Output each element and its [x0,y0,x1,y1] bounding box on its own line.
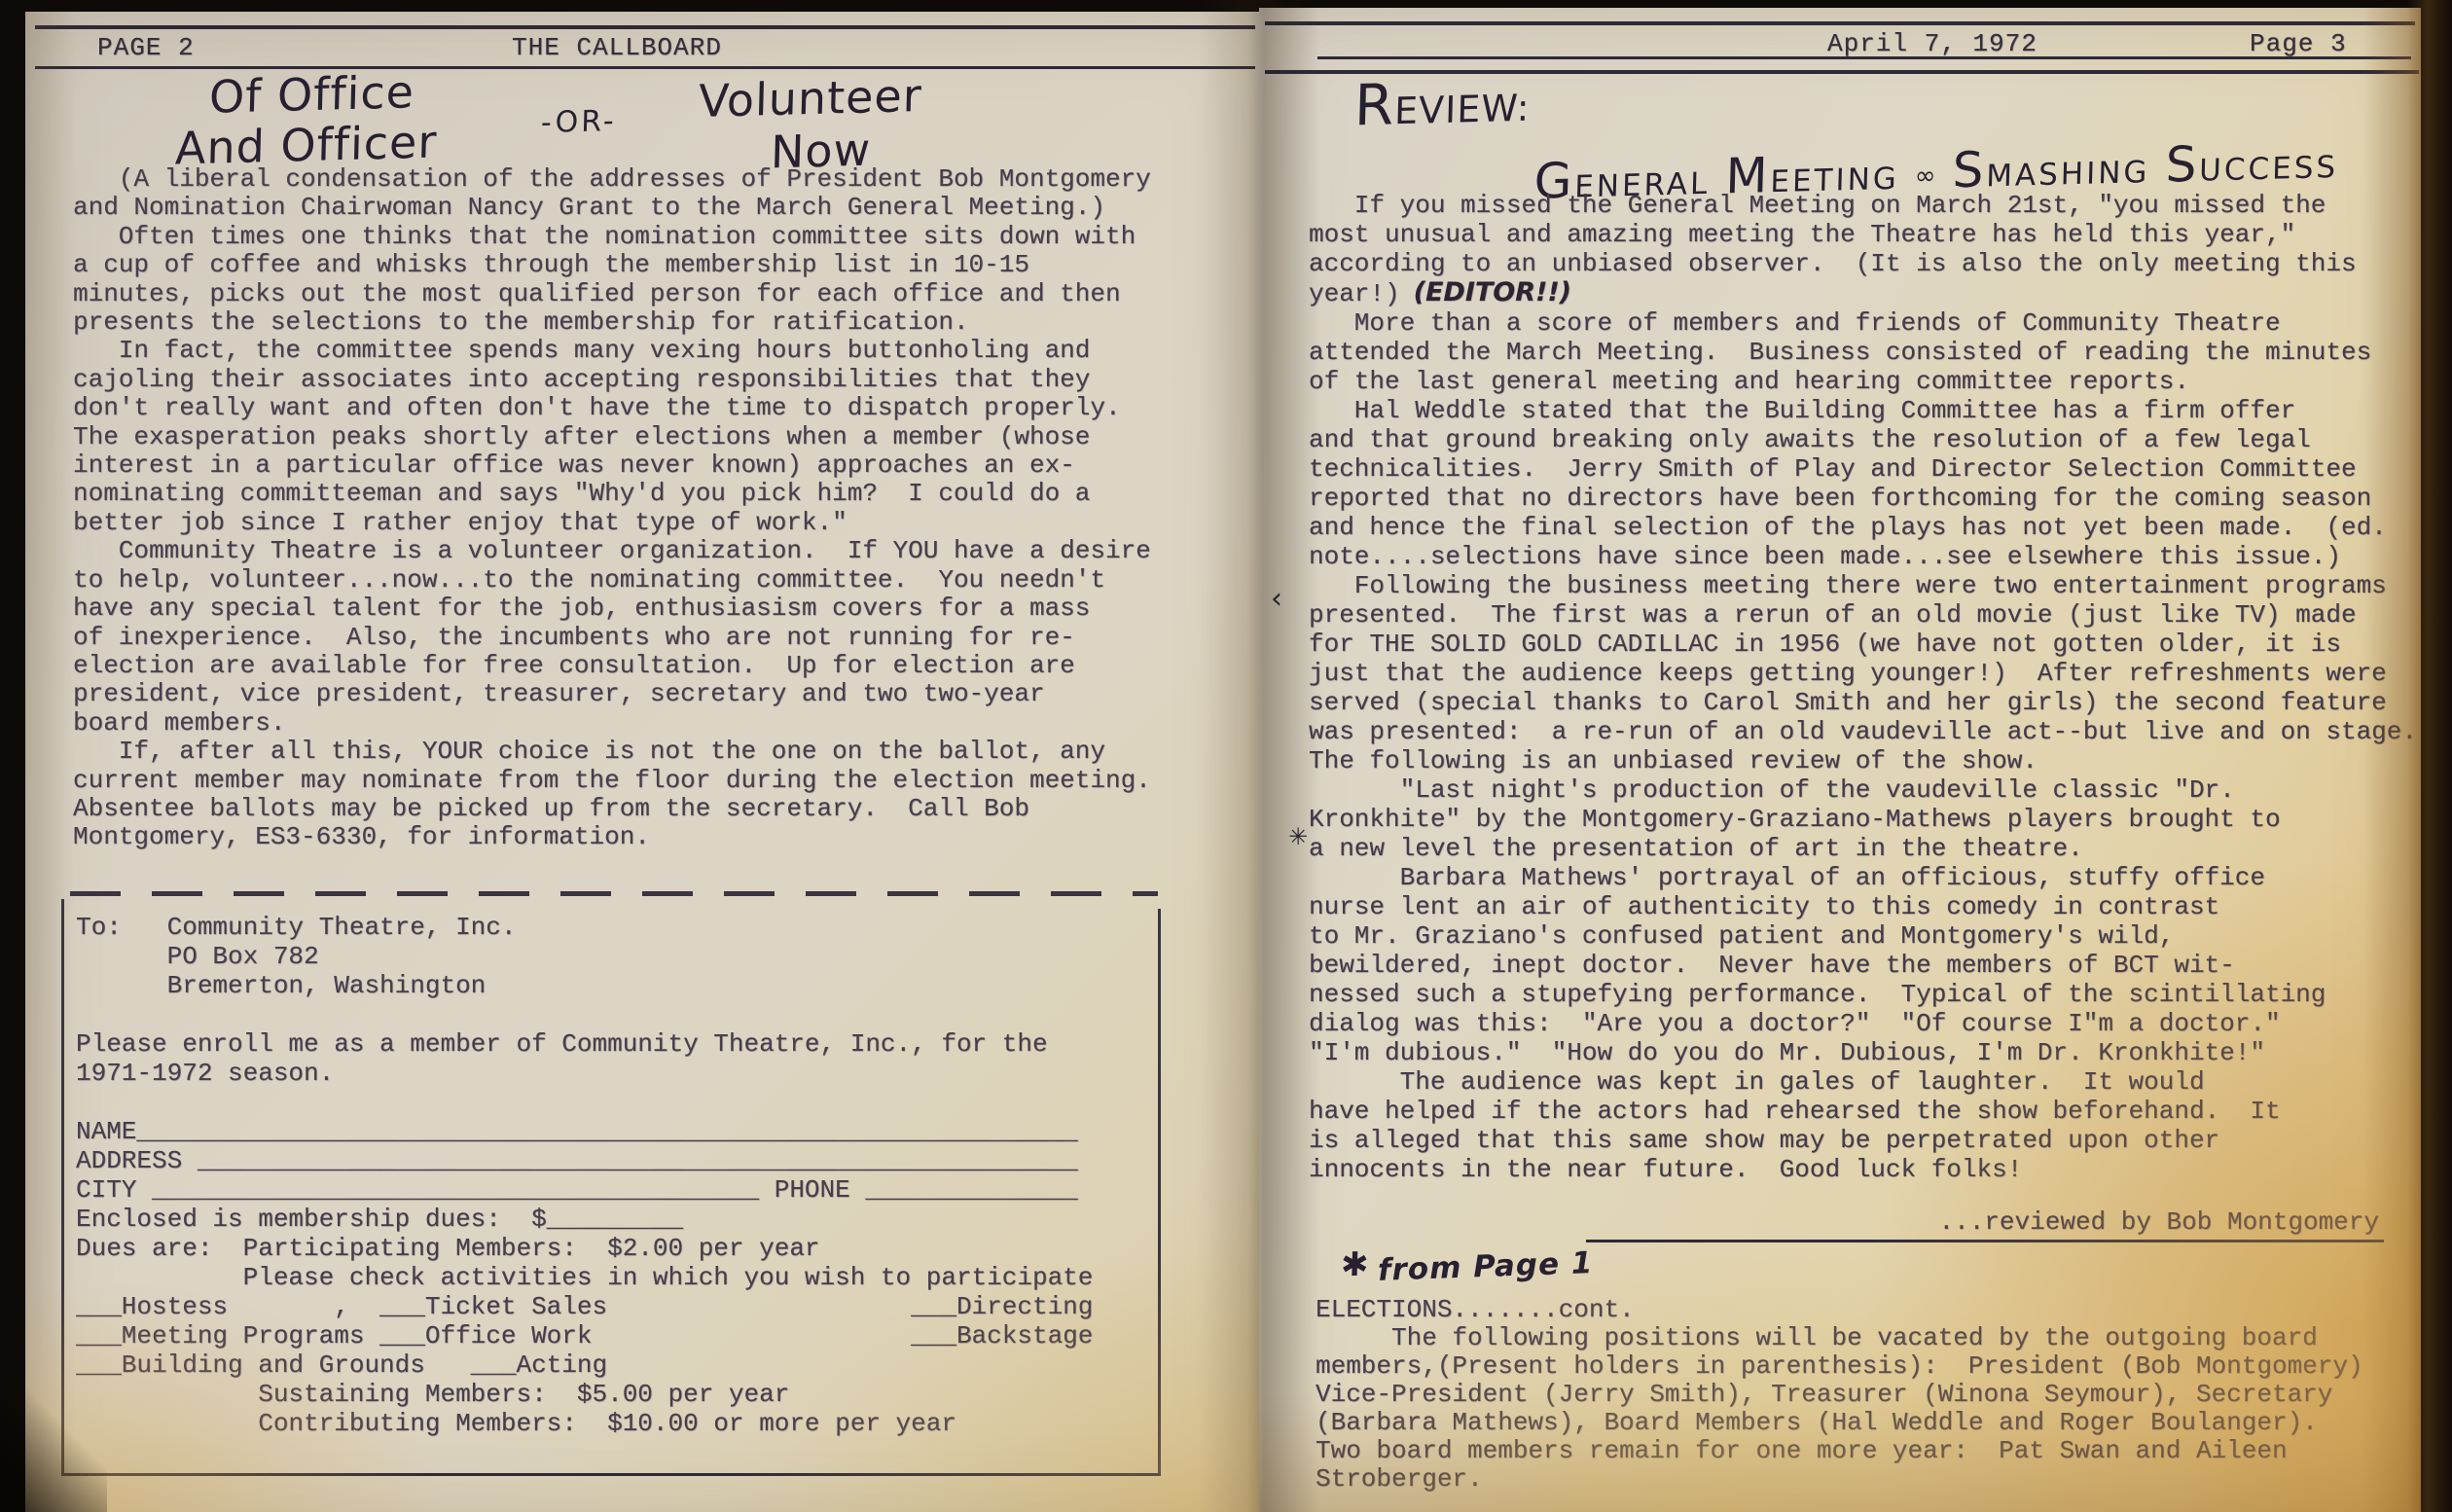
hand-from-page-1: from Page 1 [1377,1245,1594,1288]
newsletter-title: THE CALLBOARD [512,33,722,62]
margin-pen-mark: ✳ [1288,823,1308,850]
review-heading: REVIEW: [1353,68,1531,139]
handwritten-editor-note: (EDITOR!!) [1414,277,1571,307]
header-underline-right [1317,56,2411,59]
paragraph: In fact, the committee spends many vexin… [73,337,1151,537]
paragraph: Community Theatre is a volunteer organiz… [73,537,1151,738]
header-underline-left [35,66,1255,69]
page-3: April 7, 1972 Page 3 REVIEW: GENERALMEET… [1259,8,2421,1512]
form-border-left [61,899,64,1475]
elections-continued: ELECTIONS.......cont. The following posi… [1316,1296,2363,1494]
paragraph: Often times one thinks that the nominati… [73,223,1151,338]
top-rule-right [1265,21,2415,25]
review-article: If you missed the General Meeting on Mar… [1309,191,2379,1237]
paragraph: "Last night's production of the vaudevil… [1309,775,2379,863]
hand-or: -OR- [541,104,618,140]
paragraph: Following the business meeting there wer… [1309,571,2379,775]
margin-pen-mark: ‹ [1271,582,1282,616]
hand-title-volunteer: Volunteer [698,69,922,127]
paragraph: If you missed the General Meeting on Mar… [1309,191,2379,308]
article-of-office: (A liberal condensation of the addresses… [73,165,1151,852]
page-number-left: PAGE 2 [97,33,195,62]
paragraph: More than a score of members and friends… [1309,308,2379,396]
form-border-right [1158,909,1161,1475]
issue-date: April 7, 1972 [1827,29,2037,58]
section-divider-rule [1586,1240,2384,1242]
top-rule-left [35,25,1255,29]
membership-form: To: Community Theatre, Inc. PO Box 782 B… [76,913,1093,1438]
page-2: PAGE 2 THE CALLBOARD Of Office And Offic… [25,12,1259,1512]
scanned-newsletter-photo: PAGE 2 THE CALLBOARD Of Office And Offic… [0,0,2452,1512]
meeting-title-word: SMASHING [1952,137,2150,198]
meeting-title-word: SUCCESS [2165,132,2339,194]
paragraph: The audience was kept in gales of laught… [1309,1067,2379,1184]
tear-off-dashed-line [70,891,1158,896]
page-number-right: Page 3 [2250,29,2347,58]
form-border-bottom [61,1473,1161,1476]
paragraph: Hal Weddle stated that the Building Comm… [1309,396,2379,571]
hand-title-line1: Of Office [208,65,415,124]
paragraph: If, after all this, YOUR choice is not t… [73,738,1151,852]
reviewed-by-line: ...reviewed by Bob Montgomery [1309,1207,2379,1237]
scribble-connector: ∞ [1914,162,1936,192]
paragraph: (A liberal condensation of the addresses… [73,165,1151,223]
paragraph: Barbara Mathews' portrayal of an officio… [1309,863,2379,1067]
star-mark: ✱ [1340,1245,1370,1285]
